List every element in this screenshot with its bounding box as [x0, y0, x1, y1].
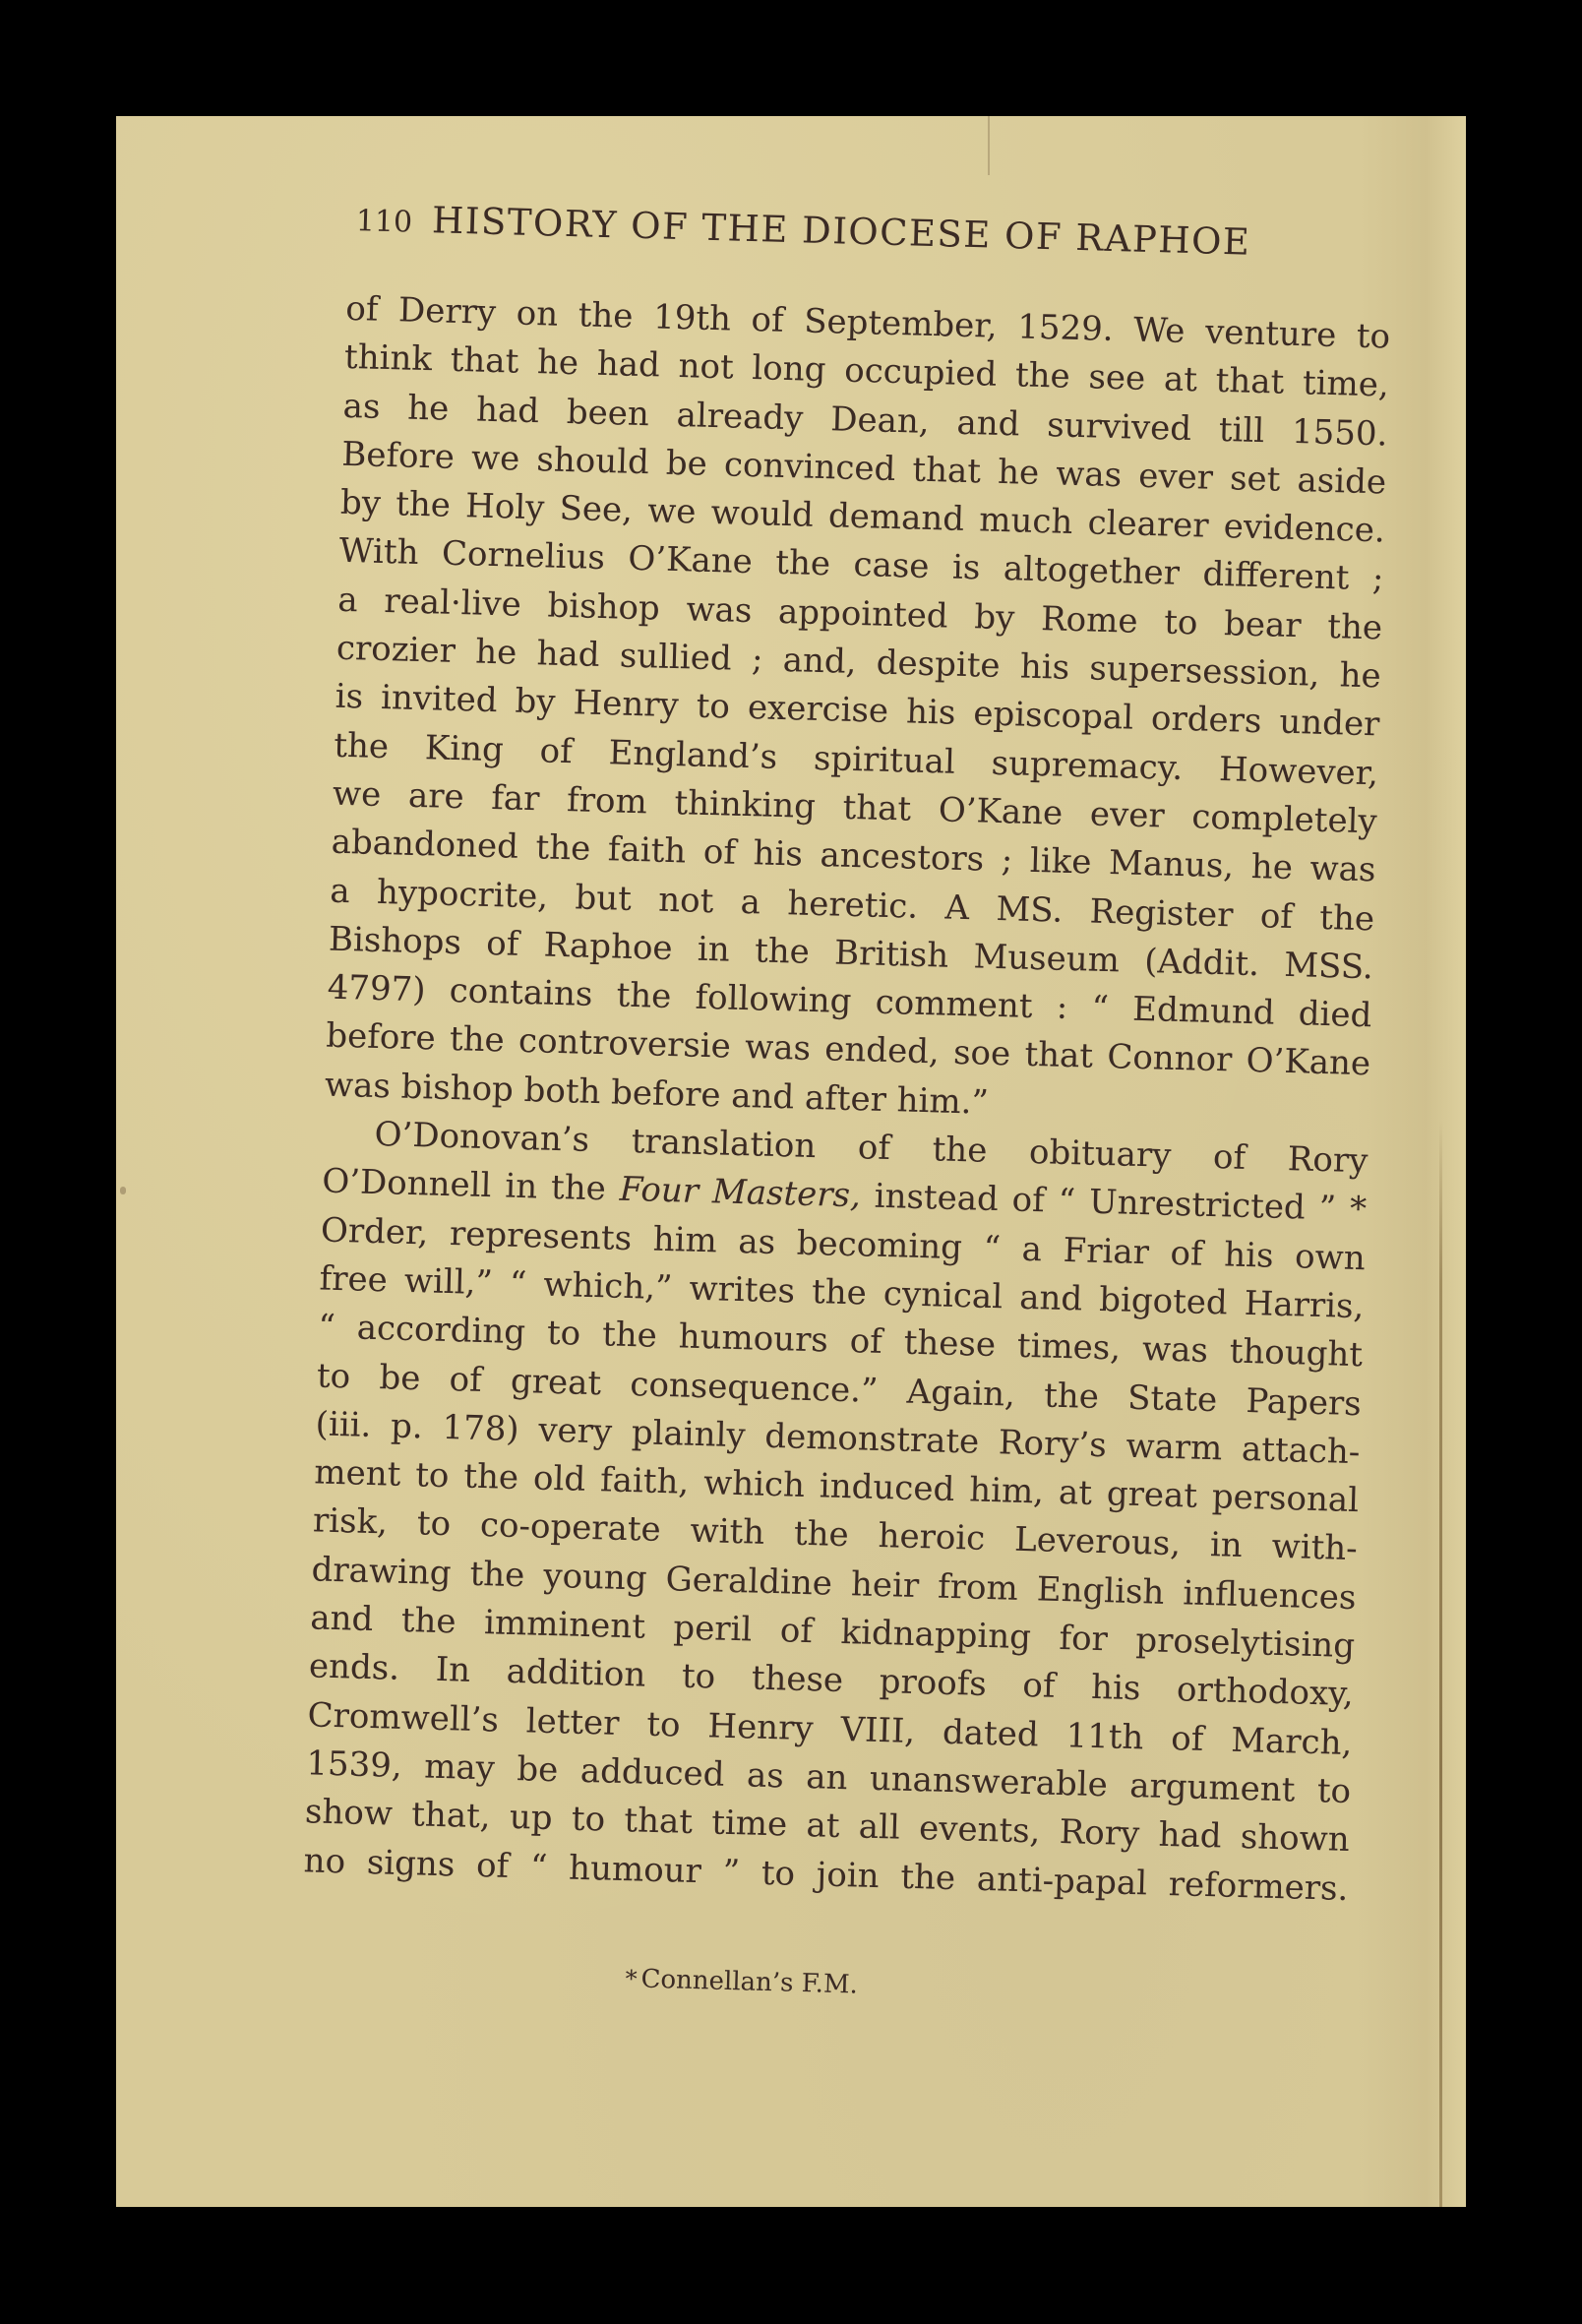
- footnote: *Connellan’s F.M.: [625, 1964, 858, 1999]
- text-run: O’Donnell in the: [322, 1162, 620, 1209]
- running-head: 110HISTORY OF THE DIOCESE OF RAPHOE: [355, 197, 1251, 268]
- page-number: 110: [355, 204, 412, 240]
- footnote-reference: instead of “ Unrestricted ” *: [860, 1177, 1367, 1230]
- page-content: 110HISTORY OF THE DIOCESE OF RAPHOE of D…: [116, 116, 1466, 2207]
- book-title-italic: Four Masters,: [619, 1170, 861, 1216]
- running-head-title: HISTORY OF THE DIOCESE OF RAPHOE: [432, 199, 1251, 264]
- body-text: of Derry on the 19th of September, 1529.…: [303, 285, 1391, 1914]
- page-crease: [1439, 1120, 1442, 2207]
- footnote-asterisk: *: [625, 1965, 638, 1992]
- footnote-text: Connellan’s F.M.: [640, 1965, 858, 2000]
- book-page: 110HISTORY OF THE DIOCESE OF RAPHOE of D…: [116, 116, 1466, 2207]
